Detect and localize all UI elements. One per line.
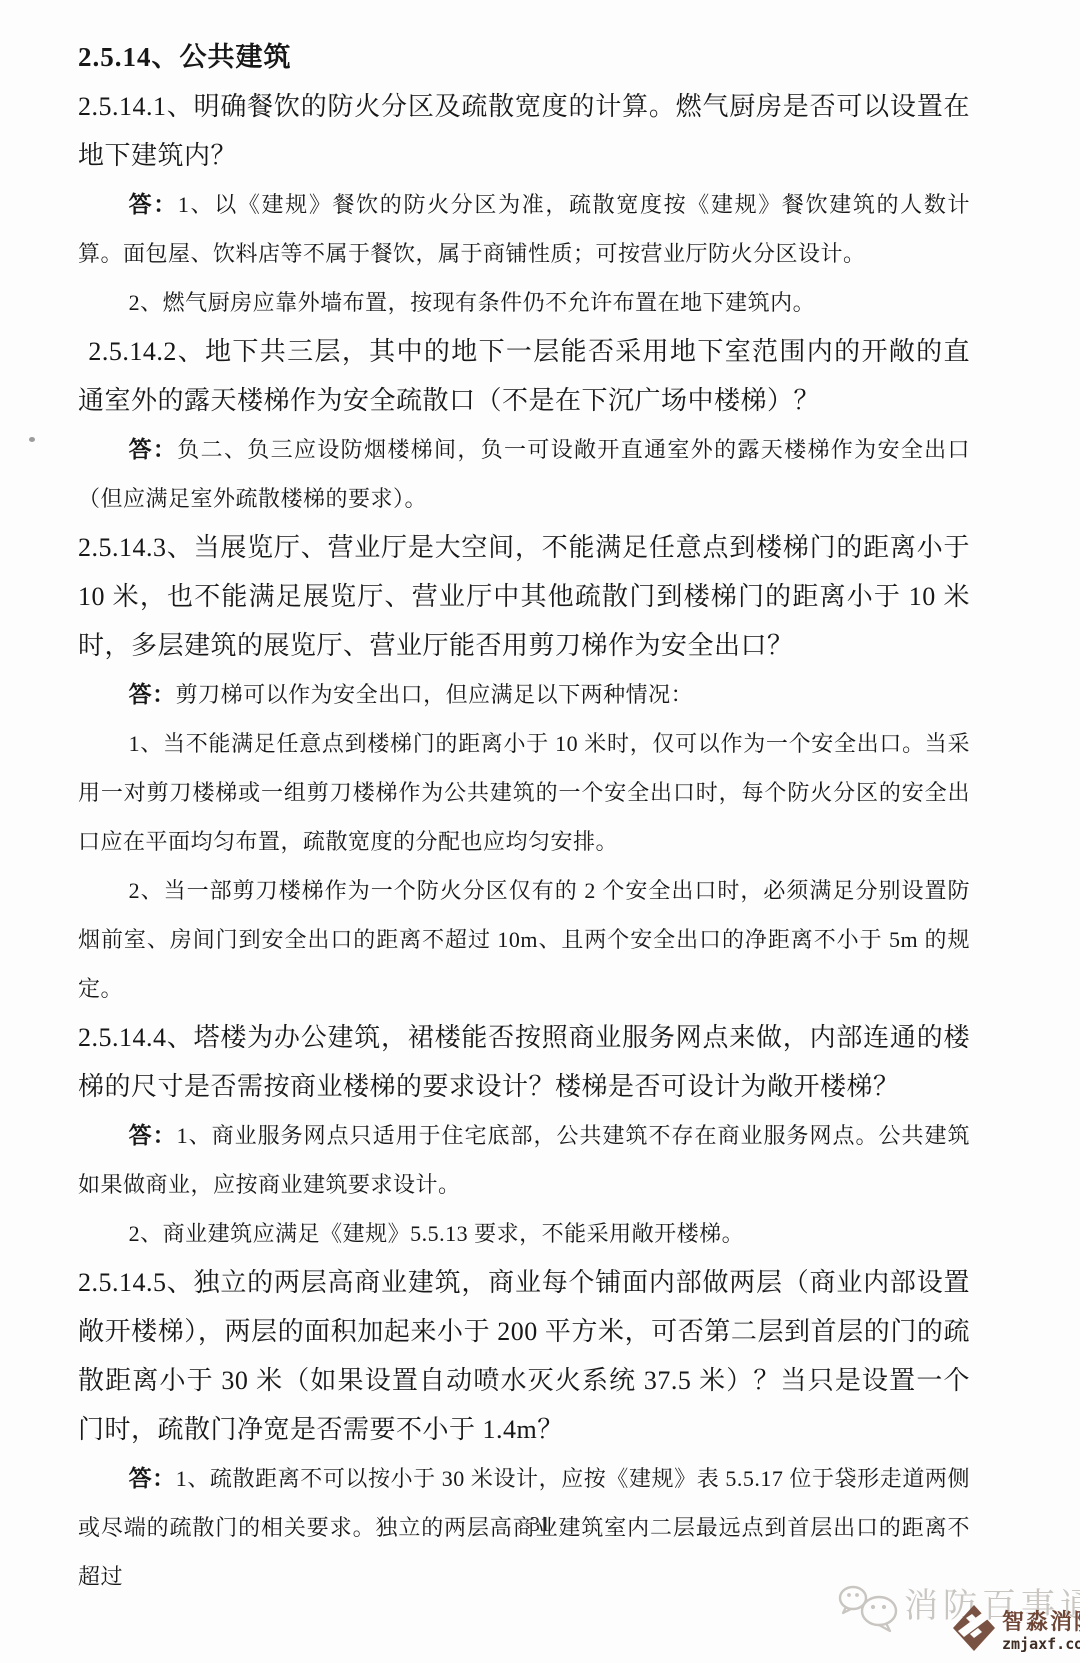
- watermark-brand-url: zmjaxf.com: [1002, 1635, 1080, 1653]
- answer-text: 1、以《建规》餐饮的防火分区为准，疏散宽度按《建规》餐饮建筑的人数计算。面包屋、…: [78, 192, 970, 266]
- answer-2-5-14-3-intro: 答：剪刀梯可以作为安全出口，但应满足以下两种情况：: [78, 670, 970, 719]
- question-2-5-14-5: 2.5.14.5、独立的两层高商业建筑，商业每个铺面内部做两层（商业内部设置敞开…: [78, 1258, 970, 1454]
- answer-2-5-14-3-item-1: 1、当不能满足任意点到楼梯门的距离小于 10 米时，仅可以作为一个安全出口。当采…: [78, 719, 970, 866]
- page-number: 31: [0, 1512, 1080, 1537]
- question-2-5-14-2: 2.5.14.2、地下共三层，其中的地下一层能否采用地下室范围内的开敞的直通室外…: [78, 327, 970, 425]
- answer-label: 答：: [129, 682, 176, 707]
- document-page: 2.5.14、公共建筑 2.5.14.1、明确餐饮的防火分区及疏散宽度的计算。燃…: [0, 0, 1080, 1663]
- answer-label: 答：: [129, 437, 178, 462]
- question-2-5-14-3: 2.5.14.3、当展览厅、营业厅是大空间，不能满足任意点到楼梯门的距离小于 1…: [78, 523, 970, 670]
- document-content: 2.5.14、公共建筑 2.5.14.1、明确餐饮的防火分区及疏散宽度的计算。燃…: [78, 33, 970, 1601]
- answer-text: 负二、负三应设防烟楼梯间，负一可设敞开直通室外的露天楼梯作为安全出口（但应满足室…: [78, 437, 970, 511]
- answer-2-5-14-2: 答：负二、负三应设防烟楼梯间，负一可设敞开直通室外的露天楼梯作为安全出口（但应满…: [78, 425, 970, 523]
- question-2-5-14-4: 2.5.14.4、塔楼为办公建筑，裙楼能否按照商业服务网点来做，内部连通的楼梯的…: [78, 1013, 970, 1111]
- scan-speck: [29, 437, 35, 442]
- answer-2-5-14-3-item-2: 2、当一部剪刀楼梯作为一个防火分区仅有的 2 个安全出口时，必须满足分别设置防烟…: [78, 866, 970, 1013]
- section-heading: 2.5.14、公共建筑: [78, 33, 970, 82]
- question-2-5-14-1: 2.5.14.1、明确餐饮的防火分区及疏散宽度的计算。燃气厨房是否可以设置在地下…: [78, 82, 970, 180]
- answer-2-5-14-4-item-2: 2、商业建筑应满足《建规》5.5.13 要求，不能采用敞开楼梯。: [78, 1209, 970, 1258]
- answer-2-5-14-1-item-2: 2、燃气厨房应靠外墙布置，按现有条件仍不允许布置在地下建筑内。: [78, 278, 970, 327]
- answer-label: 答：: [129, 1466, 176, 1491]
- answer-2-5-14-1: 答：1、以《建规》餐饮的防火分区为准，疏散宽度按《建规》餐饮建筑的人数计算。面包…: [78, 180, 970, 278]
- answer-text: 1、商业服务网点只适用于住宅底部，公共建筑不存在商业服务网点。公共建筑如果做商业…: [78, 1123, 970, 1197]
- answer-label: 答：: [129, 192, 178, 217]
- answer-2-5-14-4: 答：1、商业服务网点只适用于住宅底部，公共建筑不存在商业服务网点。公共建筑如果做…: [78, 1111, 970, 1209]
- answer-label: 答：: [129, 1123, 177, 1148]
- watermark-brand-name: 智淼消防: [1002, 1609, 1080, 1635]
- watermark-brand: 智淼消防 zmjaxf.com: [952, 1604, 1080, 1657]
- answer-text: 剪刀梯可以作为安全出口，但应满足以下两种情况：: [176, 682, 694, 707]
- zhimiao-diamond-logo: [952, 1604, 996, 1657]
